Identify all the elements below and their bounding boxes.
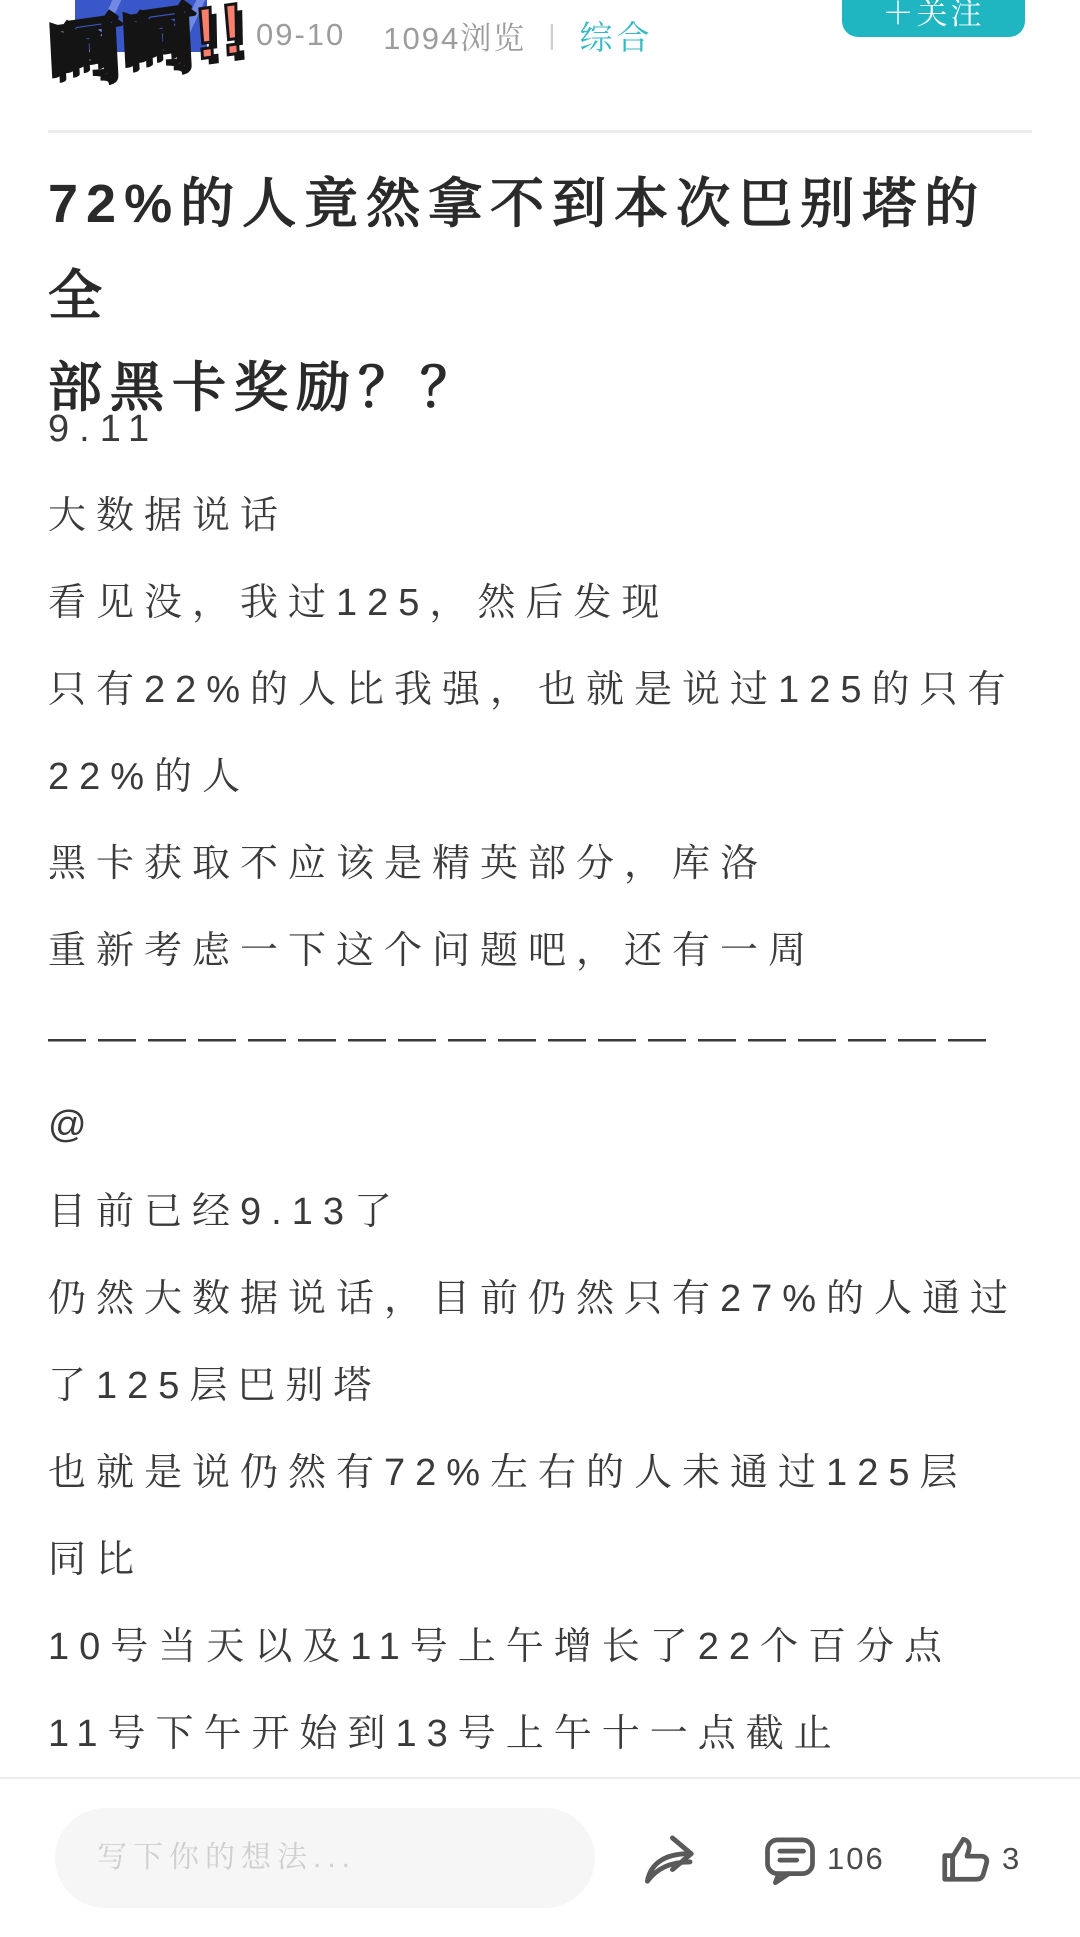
thumbs-up-icon — [938, 1832, 992, 1886]
comment-count: 106 — [827, 1841, 885, 1877]
post-body-line: 重新考虑一下这个问题吧，还有一周 — [48, 908, 1038, 995]
post-body-line: 只有22%的人比我强，也就是说过125的只有 — [48, 647, 1038, 734]
post-body-line: 仍然大数据说话，目前仍然只有27%的人通过 — [48, 1256, 1038, 1343]
post-body-line: 了125层巴别塔 — [48, 1343, 1038, 1430]
post-body: 9.11大数据说话看见没，我过125，然后发现只有22%的人比我强，也就是说过1… — [48, 386, 1038, 1778]
post-body-line: 11号下午开始到13号上午十一点截止 — [48, 1691, 1038, 1778]
post-body-line: 也就是说仍然有72%左右的人未通过125层 — [48, 1430, 1038, 1517]
share-arrow-icon — [641, 1831, 697, 1887]
post-body-line: 大数据说话 — [48, 473, 1038, 560]
post-body-line: 黑卡获取不应该是精英部分，库洛 — [48, 821, 1038, 908]
post-body-line: 22%的人 — [48, 734, 1038, 821]
like-count: 3 — [1002, 1841, 1021, 1877]
post-meta-row: 09-10 1094浏览 | 综合 — [256, 10, 654, 60]
post-title-line-1: 72%的人竟然拿不到本次巴别塔的全 — [48, 158, 1038, 342]
category-tag[interactable]: 综合 — [580, 12, 654, 59]
post-body-line: @ — [48, 1082, 1038, 1169]
view-count: 1094浏览 — [383, 13, 526, 58]
like-button[interactable]: 3 — [938, 1779, 1021, 1937]
post-body-line: 看见没，我过125，然后发现 — [48, 560, 1038, 647]
comment-button[interactable]: 106 — [763, 1779, 885, 1937]
bottom-action-bar: 106 3 — [0, 1777, 1080, 1937]
post-body-line: 目前已经9.13了 — [48, 1169, 1038, 1256]
post-body-line: ——————————————————— — [48, 995, 1038, 1082]
meta-separator: | — [548, 19, 557, 51]
header-divider — [48, 130, 1032, 133]
post-date: 09-10 — [256, 17, 345, 53]
post-detail-screen: 呵呵!! 09-10 1094浏览 | 综合 ＋关注 72%的人竟然拿不到本次巴… — [0, 0, 1080, 1937]
follow-button[interactable]: ＋关注 — [842, 0, 1025, 37]
comment-bubble-icon — [763, 1832, 817, 1886]
post-body-line: 10号当天以及11号上午增长了22个百分点 — [48, 1604, 1038, 1691]
author-sticker-logo: 呵呵!! — [20, 0, 273, 113]
post-body-line: 9.11 — [48, 386, 1038, 473]
post-body-line: 同比 — [48, 1517, 1038, 1604]
share-button[interactable] — [641, 1779, 697, 1937]
comment-input[interactable] — [55, 1808, 595, 1908]
